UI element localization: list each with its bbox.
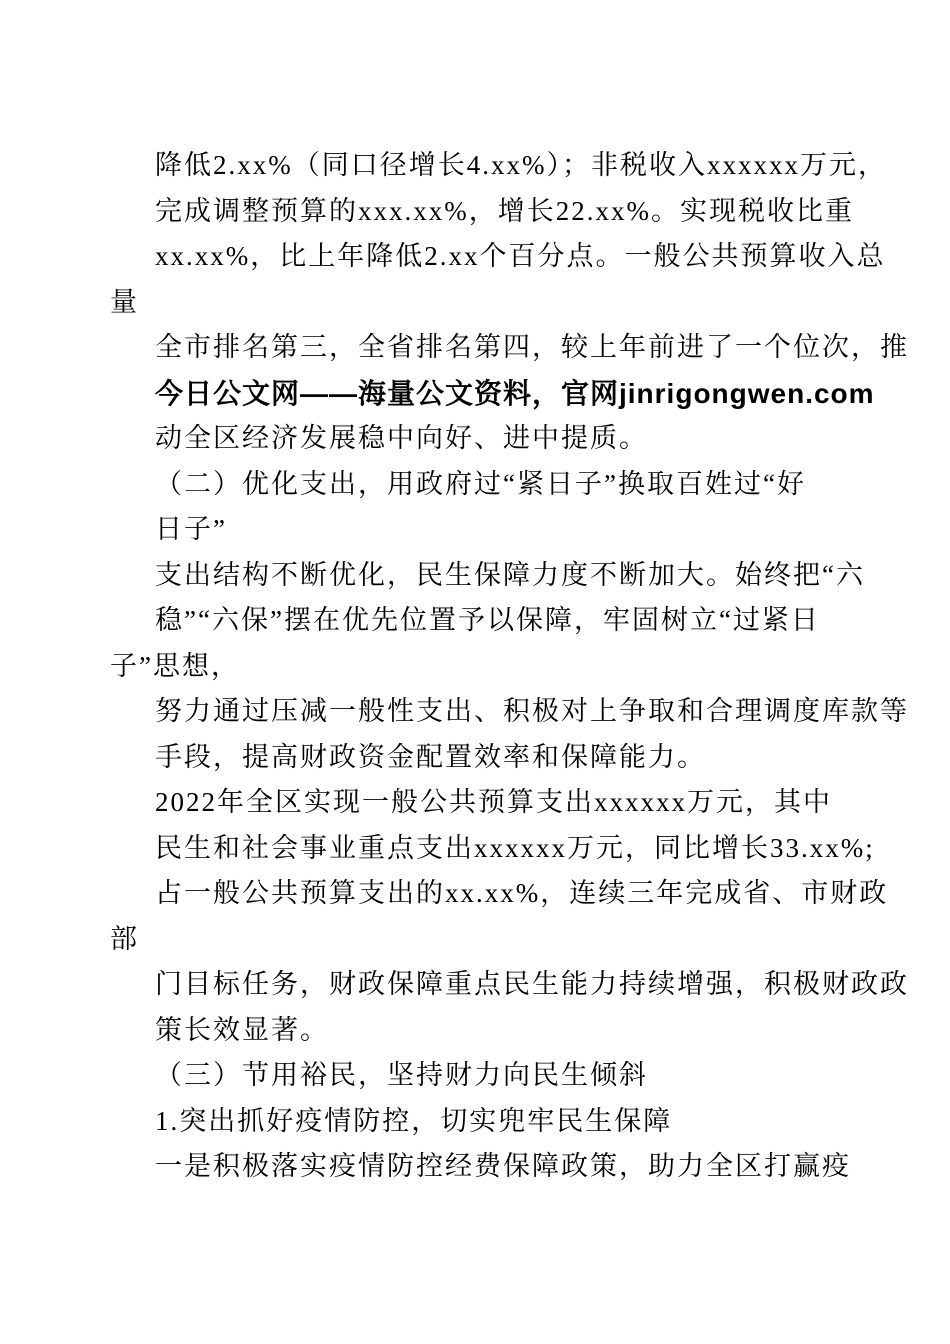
text-line: 动全区经济发展稳中向好、进中提质。 [155, 416, 875, 462]
document-page: 降低2.xx%（同口径增长4.xx%）；非税收入xxxxxx万元，完成调整预算的… [0, 0, 950, 1344]
text-line: 全市排名第三，全省排名第四，较上年前进了一个位次，推 [155, 325, 875, 371]
text-line: 门目标任务，财政保障重点民生能力持续增强，积极财政政 [155, 962, 875, 1008]
text-line: 2022年全区实现一般公共预算支出xxxxxx万元，其中 [155, 780, 875, 826]
text-line: 子”思想， [110, 644, 875, 690]
text-line: 降低2.xx%（同口径增长4.xx%）；非税收入xxxxxx万元， [155, 143, 875, 189]
text-line: 策长效显著。 [155, 1008, 875, 1054]
text-line: 一是积极落实疫情防控经费保障政策，助力全区打赢疫 [155, 1144, 875, 1190]
text-line: 支出结构不断优化，民生保障力度不断加大。始终把“六 [155, 553, 875, 599]
text-line: 完成调整预算的xxx.xx%，增长22.xx%。实现税收比重 [155, 189, 875, 235]
text-line: （二）优化支出，用政府过“紧日子”换取百姓过“好 [155, 462, 875, 508]
text-line: （三）节用裕民，坚持财力向民生倾斜 [155, 1053, 875, 1099]
text-line: 努力通过压减一般性支出、积极对上争取和合理调度库款等 [155, 689, 875, 735]
text-line: 日子” [155, 507, 875, 553]
text-line: 手段，提高财政资金配置效率和保障能力。 [155, 735, 875, 781]
document-text-block: 降低2.xx%（同口径增长4.xx%）；非税收入xxxxxx万元，完成调整预算的… [155, 143, 875, 1190]
text-line: 民生和社会事业重点支出xxxxxx万元，同比增长33.xx%; [155, 826, 875, 872]
text-line: xx.xx%，比上年降低2.xx个百分点。一般公共预算收入总 [155, 234, 875, 280]
text-line: 占一般公共预算支出的xx.xx%，连续三年完成省、市财政 [155, 871, 875, 917]
text-line: 稳”“六保”摆在优先位置予以保障，牢固树立“过紧日 [155, 598, 875, 644]
text-line: 1.突出抓好疫情防控，切实兜牢民生保障 [155, 1099, 875, 1145]
text-line: 量 [110, 280, 875, 326]
text-line: 部 [110, 917, 875, 963]
text-line: 今日公文网——海量公文资料，官网jinrigongwen.com [155, 371, 875, 417]
